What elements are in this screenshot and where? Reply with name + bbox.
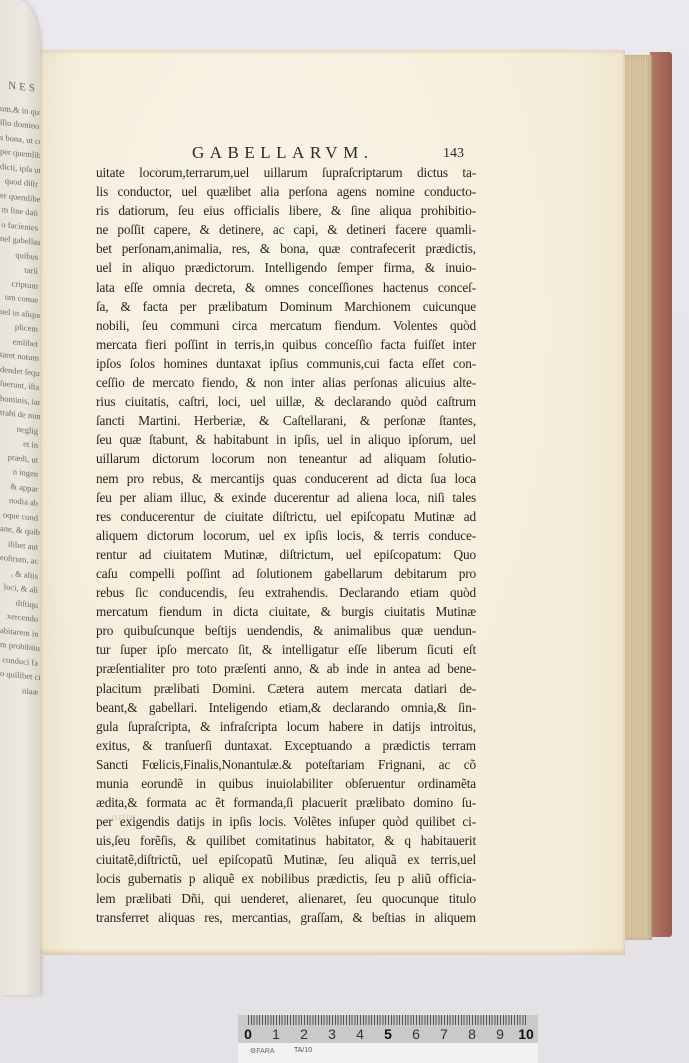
text-line: lis conductor, uel quælibet alia perſona… xyxy=(96,182,476,201)
measuring-ruler: 0 1 2 3 4 5 6 7 8 9 10 ⚙FARA TA/10 xyxy=(238,1015,538,1063)
text-line: bet perſonam,animalia, res, & bona, quæ … xyxy=(96,239,476,258)
text-line: rebus ſic conducendis, ſeu extrahendis. … xyxy=(96,583,476,602)
text-line: caſu compelli poſſint ad ſolutionem gabe… xyxy=(96,564,476,583)
ruler-ticks xyxy=(248,1015,528,1025)
text-line: uitate locorum,terrarum,uel uillarum ſup… xyxy=(96,163,476,182)
ruler-number: 1 xyxy=(272,1026,280,1042)
ruler-number: 9 xyxy=(496,1026,504,1042)
ruler-brand-logo: ⚙FARA xyxy=(250,1047,275,1055)
running-head: GABELLARVM. xyxy=(192,143,373,163)
text-line: nem pro rebus, & mercantijs quas conduce… xyxy=(96,469,476,488)
ruler-number: 0 xyxy=(244,1026,252,1042)
text-line: aliquem dictorum locorum, uel ex ipſis l… xyxy=(96,526,476,545)
text-line: ciuitatẽ,diſtrictũ, uel epiſcopatũ Mutin… xyxy=(96,850,476,869)
ruler-number: 2 xyxy=(300,1026,308,1042)
text-line: locis gubernatis p aliquẽ ex nobilibus p… xyxy=(96,869,476,888)
page-number: 143 xyxy=(443,146,464,162)
text-line: rius ciuitatis, caſtri, loci, uel uillæ,… xyxy=(96,392,476,411)
show-through-mark: ortro xyxy=(112,812,136,823)
text-line: pro quibuſcunque beſtijs uendendis, & an… xyxy=(96,621,476,640)
ruler-number: 6 xyxy=(412,1026,420,1042)
text-line: mercata fieri poſſint in terris,in quibu… xyxy=(96,335,476,354)
text-line: uillarum dictorum locorum non teneantur … xyxy=(96,449,476,468)
body-text: uitate locorum,terrarum,uel uillarum ſup… xyxy=(96,163,482,927)
text-line: ædita,& formata ac ẽt formanda,ſi placue… xyxy=(96,793,476,812)
text-line: beant,& gabellari. Inteligendo etiam,& d… xyxy=(96,698,476,717)
text-line: tur ſuper ipſo mercato ſit, & intelligat… xyxy=(96,640,476,659)
text-line: transferret aliquas res, mercantias, gra… xyxy=(96,908,476,927)
text-line: Sancti Fœlicis,Finalis,Nonantulæ.& poteſ… xyxy=(96,755,476,774)
text-line: ſeu per aliam illuc, & exinde ducerentur… xyxy=(96,488,476,507)
text-line: nobili, ſeu communi circa mercatum fiend… xyxy=(96,316,476,335)
ruler-number: 7 xyxy=(440,1026,448,1042)
text-line: mercatum fiendum in dicta ciuitate, & bu… xyxy=(96,602,476,621)
text-line: munia eorundẽ in quibus inuiolabiliter o… xyxy=(96,774,476,793)
ruler-number: 10 xyxy=(518,1026,534,1042)
text-line: ne poſſit capere, & detinere, ac capi, &… xyxy=(96,220,476,239)
ruler-number: 5 xyxy=(384,1026,392,1042)
text-line: præſentialiter pro toto præſenti anno, &… xyxy=(96,659,476,678)
text-line: ris datiorum, ſeu eius officialis libere… xyxy=(96,201,476,220)
text-line: ipſos ſolos homines duntaxat ipſius comm… xyxy=(96,354,476,373)
text-line: per exigendis datijs in ipſis locis. Vol… xyxy=(96,812,476,831)
text-line: placitum prælibati Domini. Cætera autem … xyxy=(96,679,476,698)
page-block-edges xyxy=(622,55,652,940)
left-page-running-head: NES xyxy=(4,78,40,96)
book-cover-edge xyxy=(650,52,672,937)
text-line: uel in aliquo prædictorum. Intelligendo … xyxy=(96,258,476,277)
ruler-number: 3 xyxy=(328,1026,336,1042)
ruler-model-label: TA/10 xyxy=(294,1047,312,1054)
text-line: ſeu quæ ſtabunt, & habitabunt in ipſis, … xyxy=(96,430,476,449)
ruler-scale: 0 1 2 3 4 5 6 7 8 9 10 xyxy=(238,1015,538,1043)
text-line: ſa, & facta per prælibatum Dominum March… xyxy=(96,297,476,316)
ruler-number: 8 xyxy=(468,1026,476,1042)
text-line: lata eſſe omnia decreta, & omnes conceſſ… xyxy=(96,278,476,297)
left-page-verso: NES um,& in quibus ſſio domino pr s bona… xyxy=(0,0,40,995)
text-line: res conducerentur de ciuitate diſtrictu,… xyxy=(96,507,476,526)
text-line: uis,ſeu forẽſis, & quilibet comitatinus … xyxy=(96,831,476,850)
text-line: rentur ad ciuitatem Mutinæ, diſtrictum, … xyxy=(96,545,476,564)
text-line: gula ſupraſcripta, & infraſcripta locum … xyxy=(96,717,476,736)
text-line: ſancti Martini. Herberiæ, & Caſtellarani… xyxy=(96,411,476,430)
left-page-text: NES um,& in quibus ſſio domino pr s bona… xyxy=(0,78,40,699)
text-line: ceſſio de mercato fiendo, & non inter al… xyxy=(96,373,476,392)
ruler-number: 4 xyxy=(356,1026,364,1042)
text-line: lem prælibati Dñi, qui uenderet, alienar… xyxy=(96,889,476,908)
text-line: exitus, & tranſuerſi duntaxat. Exceptuan… xyxy=(96,736,476,755)
